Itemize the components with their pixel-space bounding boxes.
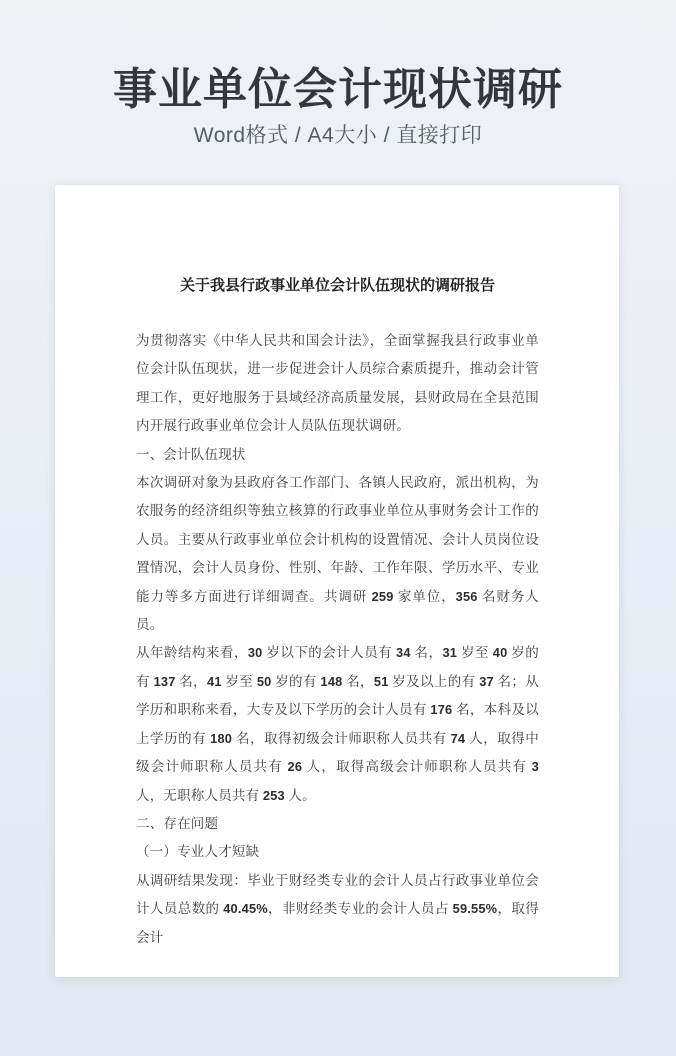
document-paragraph: 从调研结果发现：毕业于财经类专业的会计人员占行政事业单位会计人员总数的 40.4… [136, 867, 539, 952]
template-preview: 事业单位会计现状调研 Word格式 / A4大小 / 直接打印 关于我县行政事业… [0, 0, 676, 1056]
template-title: 事业单位会计现状调研 [0, 66, 676, 114]
document-body: 为贯彻落实《中华人民共和国会计法》，全面掌握我县行政事业单位会计队伍现状，进一步… [136, 327, 539, 952]
document-title: 关于我县行政事业单位会计队伍现状的调研报告 [136, 275, 539, 297]
document-section-heading: 一、会计队伍现状 [136, 441, 539, 469]
document-subsection-heading: （一）专业人才短缺 [136, 838, 539, 866]
document-paragraph: 从年龄结构来看，30 岁以下的会计人员有 34 名，31 岁至 40 岁的有 1… [136, 639, 539, 809]
template-subtitle: Word格式 / A4大小 / 直接打印 [0, 123, 676, 149]
document-section-heading: 二、存在问题 [136, 810, 539, 838]
document-paragraph: 本次调研对象为县政府各工作部门、各镇人民政府，派出机构，为农服务的经济组织等独立… [136, 469, 539, 639]
document-page: 关于我县行政事业单位会计队伍现状的调研报告 为贯彻落实《中华人民共和国会计法》，… [55, 185, 619, 977]
document-paragraph: 为贯彻落实《中华人民共和国会计法》，全面掌握我县行政事业单位会计队伍现状，进一步… [136, 327, 539, 441]
